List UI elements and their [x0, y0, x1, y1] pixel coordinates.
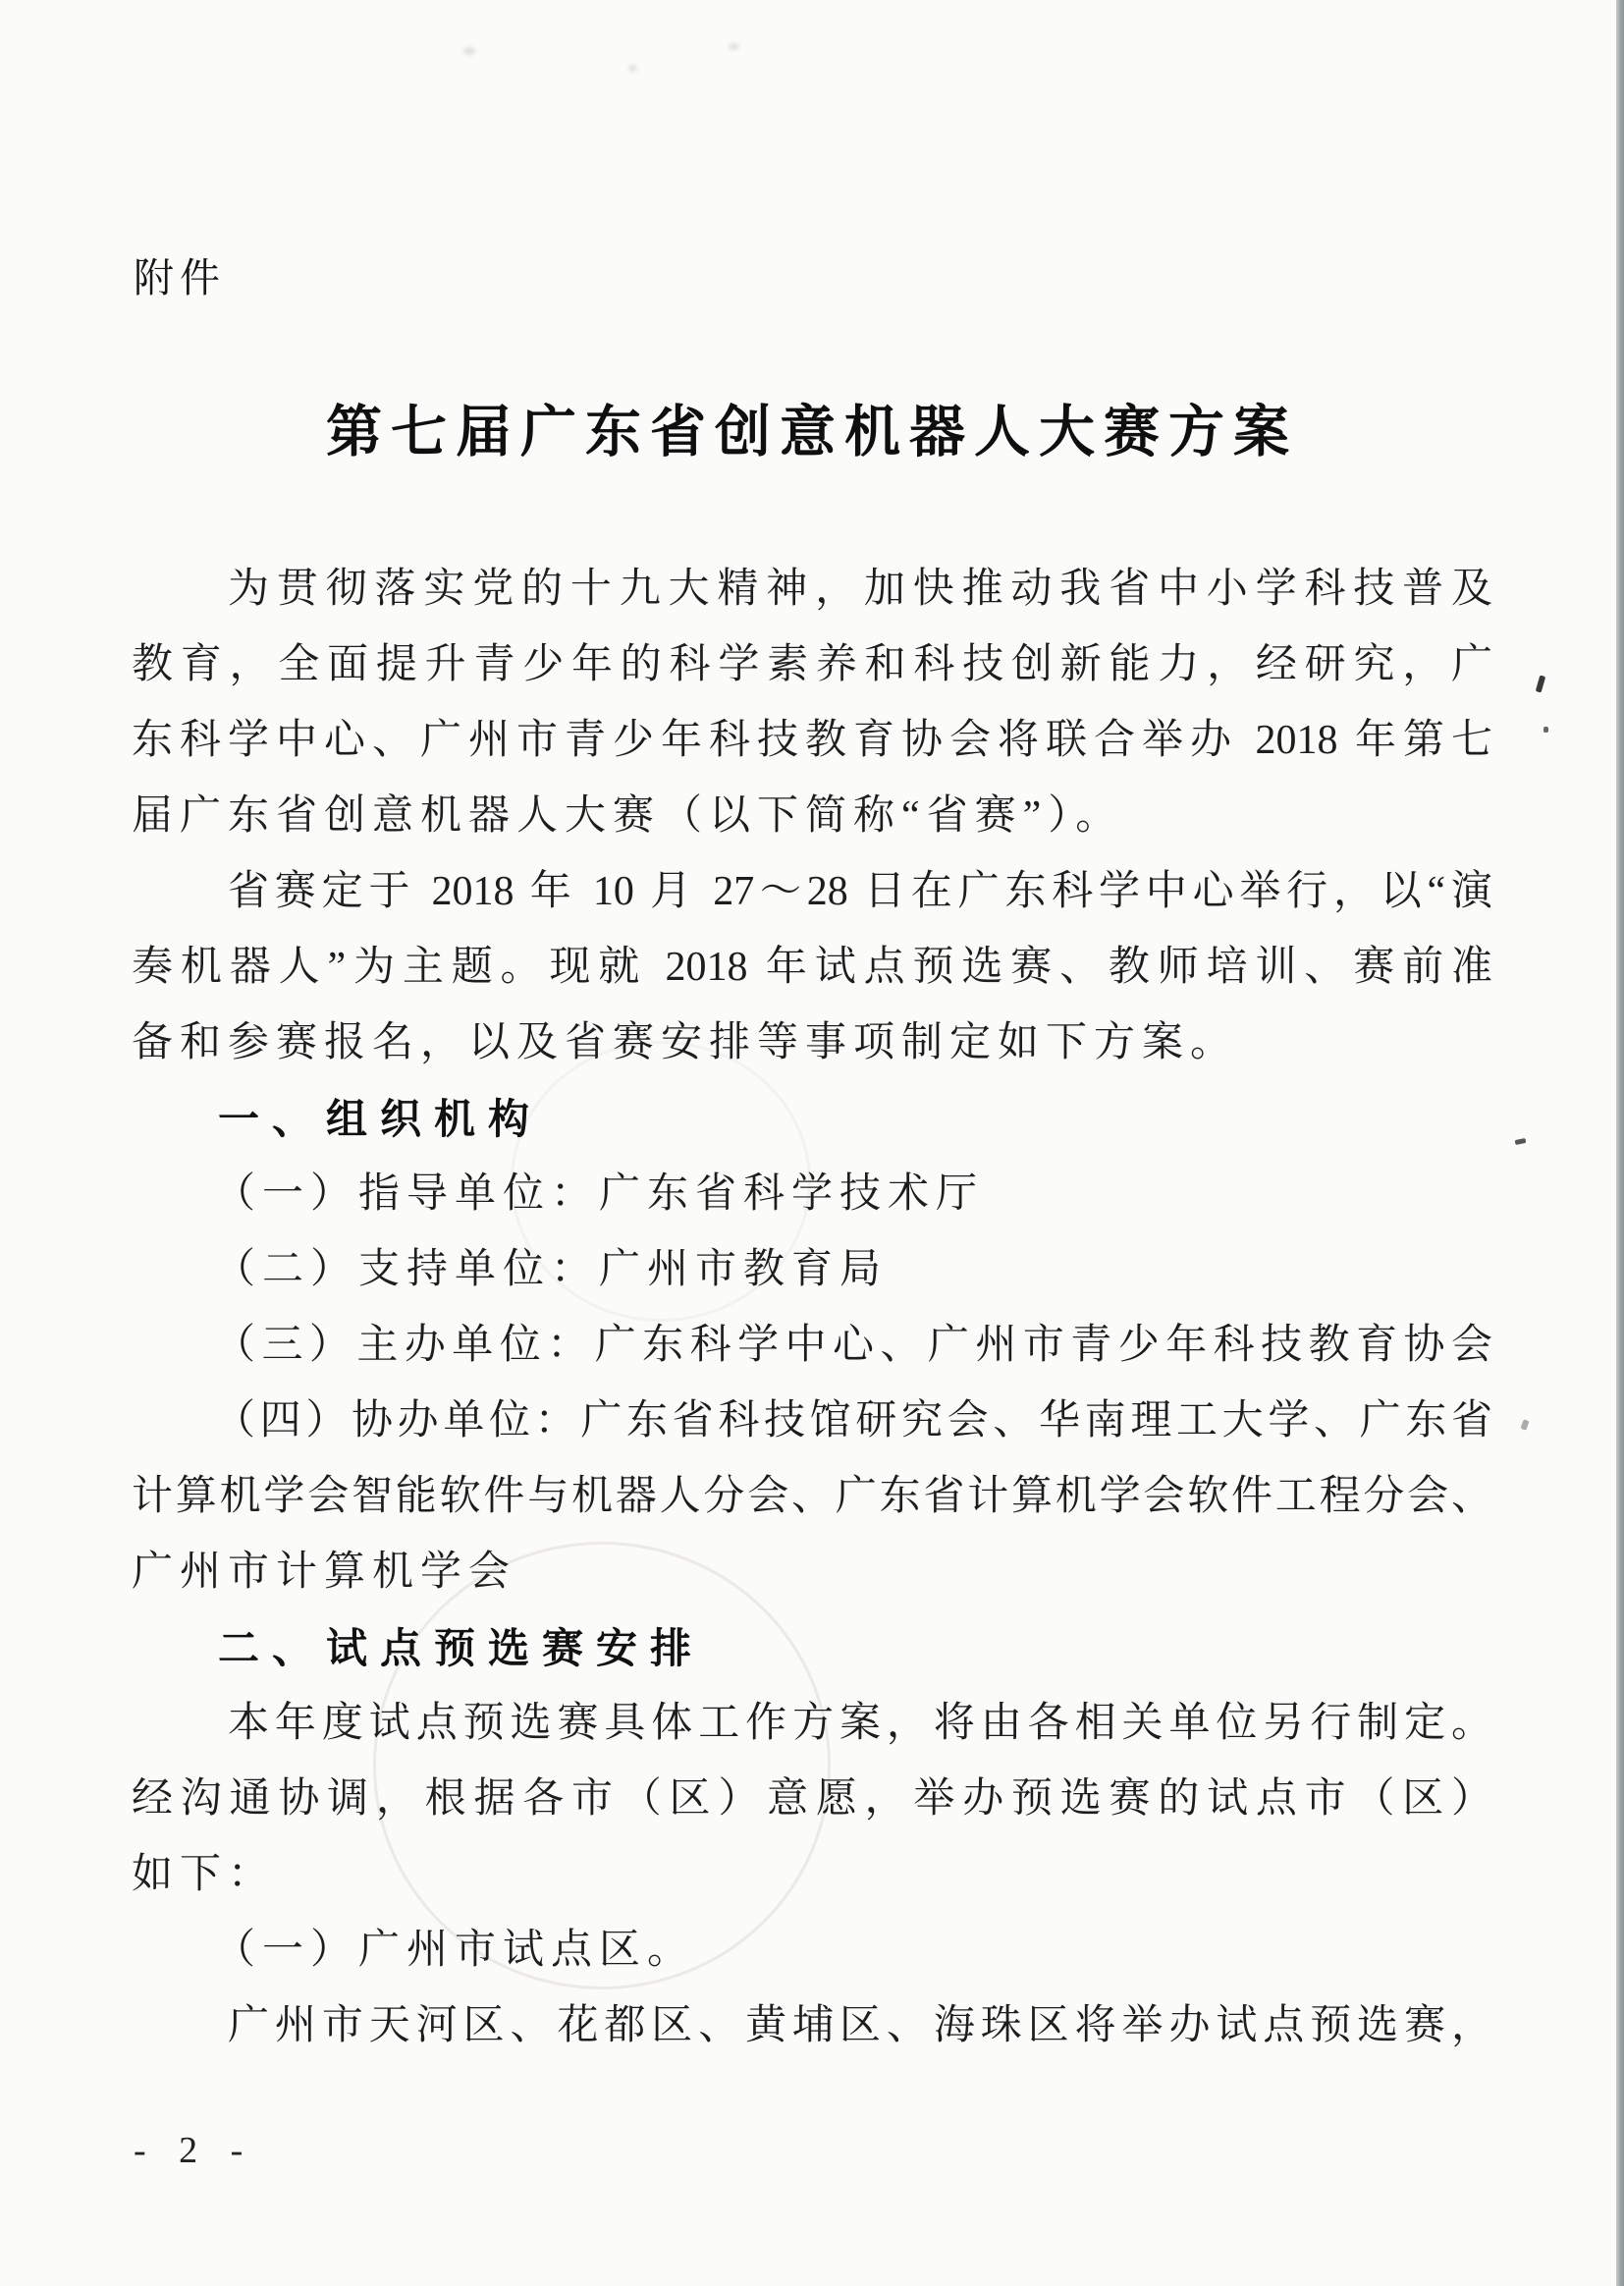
body-line: 广州市天河区、花都区、黄埔区、海珠区将举办试点预选赛， — [132, 1988, 1492, 2064]
body-line: 本年度试点预选赛具体工作方案，将由各相关单位另行制定。 — [132, 1686, 1492, 1762]
scan-smudge — [463, 47, 475, 55]
body-line: 省赛定于 2018 年 10 月 27～28 日在广东科学中心举行，以“演 — [132, 854, 1492, 930]
body-line: 为贯彻落实党的十九大精神，加快推动我省中小学科技普及 — [132, 552, 1492, 627]
body-line: 经沟通协调，根据各市（区）意愿，举办预选赛的试点市（区） — [132, 1762, 1492, 1837]
page-number: - 2 - — [134, 2129, 254, 2172]
list-item: （二）支持单位：广州市教育局 — [132, 1232, 1492, 1308]
body-line: 备和参赛报名，以及省赛安排等事项制定如下方案。 — [132, 1006, 1492, 1081]
list-item: （一）指导单位：广东省科学技术厅 — [132, 1157, 1492, 1232]
attachment-label: 附件 — [134, 245, 226, 303]
ink-speck — [1520, 1419, 1529, 1430]
body-line: 届广东省创意机器人大赛（以下简称“省赛”）。 — [132, 779, 1492, 854]
ink-speck — [1515, 1138, 1527, 1145]
document-title: 第七届广东省创意机器人大赛方案 — [0, 387, 1624, 467]
body-line: 奏机器人”为主题。现就 2018 年试点预选赛、教师培训、赛前准 — [132, 930, 1492, 1006]
ink-speck — [1536, 676, 1545, 693]
scan-edge — [1616, 0, 1624, 2286]
sub-section-heading: （一）广州市试点区。 — [132, 1913, 1492, 1988]
list-item: （四）协办单位：广东省科技馆研究会、华南理工大学、广东省 — [132, 1384, 1492, 1459]
document-body: 为贯彻落实党的十九大精神，加快推动我省中小学科技普及 教育，全面提升青少年的科学… — [132, 552, 1492, 2064]
scan-smudge — [729, 43, 739, 50]
section-heading: 二、试点预选赛安排 — [132, 1610, 1492, 1686]
body-line: 教育，全面提升青少年的科学素养和科技创新能力，经研究，广 — [132, 627, 1492, 703]
scanned-document-page: { "document": { "attachment_label": "附件"… — [0, 0, 1624, 2286]
body-line: 广州市计算机学会 — [132, 1535, 1492, 1610]
body-line: 如下： — [132, 1837, 1492, 1913]
body-line: 东科学中心、广州市青少年科技教育协会将联合举办 2018 年第七 — [132, 703, 1492, 779]
ink-speck — [1543, 727, 1548, 733]
section-heading: 一、组织机构 — [132, 1081, 1492, 1157]
scan-smudge — [628, 65, 637, 72]
body-line: 计算机学会智能软件与机器人分会、广东省计算机学会软件工程分会、 — [132, 1459, 1492, 1535]
list-item: （三）主办单位：广东科学中心、广州市青少年科技教育协会 — [132, 1308, 1492, 1384]
